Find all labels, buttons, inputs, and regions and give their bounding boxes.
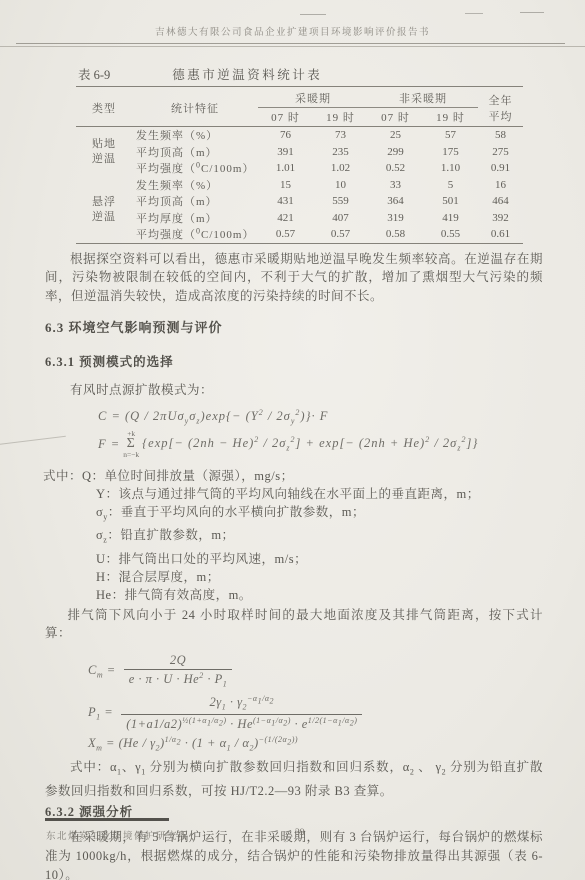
stat-value: 16	[478, 177, 523, 194]
formula-f-lhs: F =	[98, 437, 120, 452]
table-row: 悬浮 逆温发生频率（%）151033516	[76, 177, 523, 194]
stat-value: 76	[258, 127, 313, 144]
stat-value: 421	[258, 210, 313, 227]
table-title: 德惠市逆温资料统计表	[172, 65, 322, 83]
formula-reflection-term: F = +k Σ n=−k {exp[− (2nh − He)2 / 2σz2]…	[98, 430, 585, 459]
definition-line: 式中：Q：单位时间排放量（源强），mg/s；	[43, 467, 543, 485]
scan-artifact	[465, 13, 483, 14]
footer-organization: 东北煤炭工业环境保护研究所	[46, 828, 189, 842]
table-row: 贴地 逆温发生频率（%）7673255758	[76, 127, 523, 144]
definition-line: H：混合层厚度，m；	[43, 568, 543, 586]
fraction: 2γ1 · γ2−α1/α2 (1+a1/a2)½(1+α1/α2) · He(…	[121, 694, 362, 732]
heading-6-3-1: 6.3.1 预测模式的选择	[45, 352, 585, 370]
header-rule	[16, 43, 565, 44]
col-header-19h: 19 时	[313, 108, 368, 127]
stat-feature: 平均强度（0C/100m）	[132, 226, 258, 243]
definition-line: He：排气筒有效高度，m。	[43, 586, 543, 604]
definition-line: σz：铅直扩散参数，m；	[43, 526, 543, 550]
heading-6-3-2: 6.3.2 源强分析	[45, 802, 585, 820]
document-header-title: 吉林德大有限公司食品企业扩建项目环境影响评价报告书	[0, 0, 585, 38]
definition-line: σy：垂直于平均风向的水平横向扩散参数，m；	[43, 503, 543, 527]
formula-p1: P1 = 2γ1 · γ2−α1/α2 (1+a1/a2)½(1+α1/α2) …	[88, 694, 585, 732]
stat-value: 15	[258, 177, 313, 194]
formula-p1-lhs: P1 =	[88, 705, 113, 722]
col-header-feature: 统计特征	[132, 87, 258, 127]
definition-line: Y：该点与通过排气筒的平均风向轴线在水平面上的垂直距离，m；	[43, 485, 543, 503]
formula-f-rhs: {exp[− (2nh − He)2 / 2σz2] + exp[− (2nh …	[142, 435, 478, 453]
stat-value: 0.57	[258, 226, 313, 243]
stat-feature: 发生频率（%）	[132, 127, 258, 144]
heading-6-3: 6.3 环境空气影响预测与评价	[45, 317, 585, 336]
summation-lower-limit: n=−k	[123, 451, 139, 459]
header-rule-secondary	[0, 46, 585, 47]
col-header-07n: 07 时	[368, 108, 423, 127]
stat-value: 0.61	[478, 226, 523, 243]
stat-value: 58	[478, 127, 523, 144]
table-row: 平均顶高（m）391235299175275	[76, 144, 523, 161]
stat-value: 364	[368, 193, 423, 210]
stat-value: 175	[423, 144, 478, 161]
stat-value: 73	[313, 127, 368, 144]
stat-value: 57	[423, 127, 478, 144]
fraction-numerator: 2γ1 · γ2−α1/α2	[198, 694, 287, 714]
model-intro-text: 有风时点源扩散模式为：	[45, 380, 585, 398]
col-header-07h: 07 时	[258, 108, 313, 127]
footer-rule	[45, 818, 169, 821]
stat-feature: 发生频率（%）	[132, 177, 258, 194]
stat-feature: 平均顶高（m）	[132, 144, 258, 161]
sigma-glyph: Σ	[127, 437, 136, 451]
stat-value: 1.02	[313, 160, 368, 177]
col-header-type: 类型	[76, 87, 132, 127]
table-row: 平均顶高（m）431559364501464	[76, 193, 523, 210]
definition-line: U：排气筒出口处的平均风速，m/s；	[43, 550, 543, 568]
paragraph-max-concentration: 排气筒下风向小于 24 小时取样时间的最大地面浓度及其排气筒距离，按下式计算：	[45, 606, 543, 643]
stat-value: 10	[313, 177, 368, 194]
table-label: 表 6-9	[78, 65, 110, 83]
stat-value: 392	[478, 210, 523, 227]
page-number: 39	[295, 828, 305, 838]
table-caption: 表 6-9 德惠市逆温资料统计表	[76, 65, 523, 83]
stat-feature: 平均顶高（m）	[132, 193, 258, 210]
inversion-table: 类型 统计特征 采暖期 非采暖期 全年 平均 07 时 19 时 07 时 19…	[76, 86, 523, 244]
col-header-heating: 采暖期	[258, 87, 368, 108]
stat-value: 25	[368, 127, 423, 144]
symbol-definitions: 式中：Q：单位时间排放量（源强），mg/s； Y：该点与通过排气筒的平均风向轴线…	[43, 467, 543, 604]
formula-cm: Cm = 2Q e · π · U · He2 · P1	[88, 653, 585, 690]
inversion-table-section: 表 6-9 德惠市逆温资料统计表 类型 统计特征 采暖期 非采暖期 全年 平均 …	[76, 65, 523, 244]
summation-symbol: +k Σ n=−k	[123, 430, 139, 459]
stat-value: 431	[258, 193, 313, 210]
stat-value: 235	[313, 144, 368, 161]
paragraph-inversion-analysis: 根据探空资料可以看出，德惠市采暖期贴地逆温早晚发生频率较高。在逆温存在期间，污染…	[45, 250, 543, 306]
stat-value: 33	[368, 177, 423, 194]
paper-crease-artifact	[0, 436, 66, 446]
scan-artifact	[520, 12, 544, 13]
table-row: 平均厚度（m）421407319419392	[76, 210, 523, 227]
row-group-label: 贴地 逆温	[76, 127, 132, 177]
formula-xm: Xm = (He / γ2)1/α2 · (1 + α1 / α2)−(1/(2…	[88, 735, 585, 753]
stat-feature: 平均厚度（m）	[132, 210, 258, 227]
stat-value: 501	[423, 193, 478, 210]
stat-value: 5	[423, 177, 478, 194]
formula-concentration: C = (Q / 2πUσyσz)exp{− (Y2 / 2σy2)}· F	[98, 408, 585, 426]
stat-value: 1.01	[258, 160, 313, 177]
stat-value: 299	[368, 144, 423, 161]
fraction: 2Q e · π · U · He2 · P1	[124, 653, 233, 690]
stat-feature: 平均强度（0C/100m）	[132, 160, 258, 177]
paragraph-regression-coefficients: 式中：α1、γ1 分别为横向扩散参数回归指数和回归系数，α2 、 γ2 分别为铅…	[45, 758, 543, 800]
table-row: 平均强度（0C/100m）1.011.020.521.100.91	[76, 160, 523, 177]
stat-value: 0.55	[423, 226, 478, 243]
stat-value: 0.52	[368, 160, 423, 177]
stat-value: 0.58	[368, 226, 423, 243]
stat-value: 464	[478, 193, 523, 210]
col-header-nonheating: 非采暖期	[368, 87, 478, 108]
col-header-19n: 19 时	[423, 108, 478, 127]
col-header-annual: 全年 平均	[478, 87, 523, 127]
inversion-table-body: 贴地 逆温发生频率（%）7673255758平均顶高（m）39123529917…	[76, 127, 523, 244]
stat-value: 0.91	[478, 160, 523, 177]
stat-value: 1.10	[423, 160, 478, 177]
stat-value: 407	[313, 210, 368, 227]
fraction-numerator: 2Q	[158, 653, 198, 670]
scan-artifact	[300, 14, 326, 15]
stat-value: 319	[368, 210, 423, 227]
stat-value: 0.57	[313, 226, 368, 243]
stat-value: 559	[313, 193, 368, 210]
stat-value: 419	[423, 210, 478, 227]
row-group-label: 悬浮 逆温	[76, 177, 132, 244]
table-row: 平均强度（0C/100m）0.570.570.580.550.61	[76, 226, 523, 243]
formula-cm-lhs: Cm =	[88, 663, 116, 680]
fraction-denominator: (1+a1/a2)½(1+α1/α2) · He(1−α1/α2) · e1/2…	[121, 714, 362, 733]
fraction-denominator: e · π · U · He2 · P1	[124, 669, 233, 690]
stat-value: 391	[258, 144, 313, 161]
stat-value: 275	[478, 144, 523, 161]
